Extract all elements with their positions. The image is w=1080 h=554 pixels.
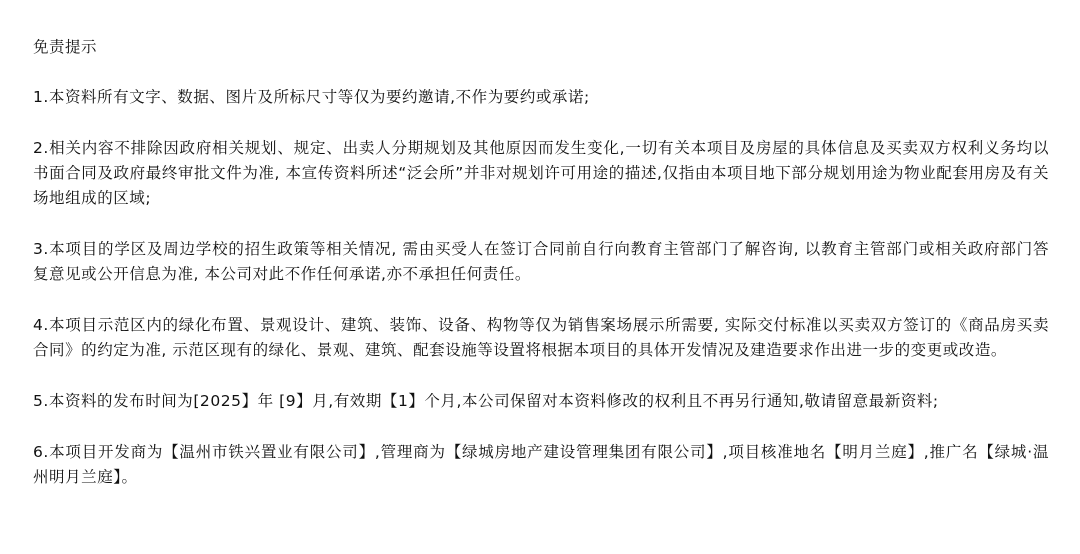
disclaimer-item-2: 2.相关内容不排除因政府相关规划、规定、出卖人分期规划及其他原因而发生变化,一切…: [33, 136, 1049, 211]
disclaimer-item-6: 6.本项目开发商为【温州市铁兴置业有限公司】,管理商为【绿城房地产建设管理集团有…: [33, 440, 1049, 490]
disclaimer-item-5: 5.本资料的发布时间为[2025】年 [9】月,有效期【1】个月,本公司保留对本…: [33, 389, 1049, 414]
disclaimer-item-1: 1.本资料所有文字、数据、图片及所标尺寸等仅为要约邀请,不作为要约或承诺;: [33, 85, 1049, 110]
disclaimer-document: 免责提示 1.本资料所有文字、数据、图片及所标尺寸等仅为要约邀请,不作为要约或承…: [33, 35, 1049, 516]
disclaimer-item-4: 4.本项目示范区内的绿化布置、景观设计、建筑、装饰、设备、构物等仅为销售案场展示…: [33, 313, 1049, 363]
disclaimer-item-3: 3.本项目的学区及周边学校的招生政策等相关情况, 需由买受人在签订合同前自行向教…: [33, 237, 1049, 287]
disclaimer-title: 免责提示: [33, 35, 1049, 59]
